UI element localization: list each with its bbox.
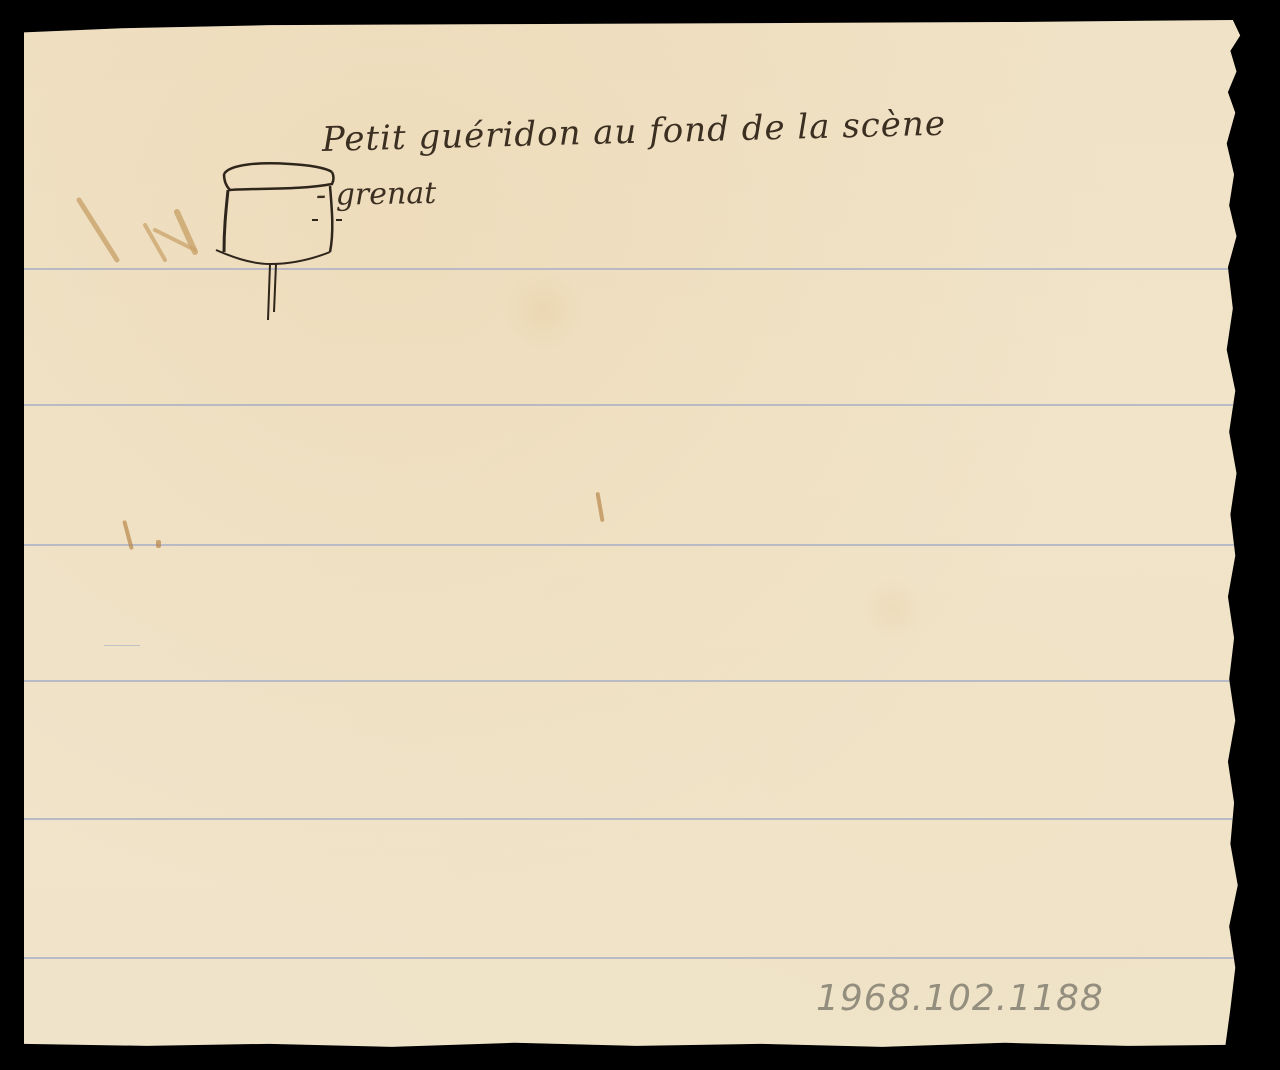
- gueridon-sketch-icon: [190, 140, 350, 330]
- ruled-line: [24, 404, 1246, 406]
- accession-number: 1968.102.1188: [816, 978, 1104, 1019]
- scan-background: Petit guéridon au fond de la scène - gre…: [0, 0, 1280, 1070]
- foxing-spot: [156, 540, 161, 548]
- ruled-line: [24, 957, 1246, 959]
- ruled-line: [24, 544, 1246, 546]
- handwritten-caption-line-2: - grenat: [316, 176, 437, 213]
- foxing-spot: [595, 492, 604, 522]
- stray-ink-mark: [104, 645, 140, 646]
- pointer-dash: -: [316, 178, 336, 213]
- ruled-line: [24, 680, 1246, 682]
- ruled-line: [24, 818, 1246, 820]
- color-note: grenat: [335, 176, 436, 213]
